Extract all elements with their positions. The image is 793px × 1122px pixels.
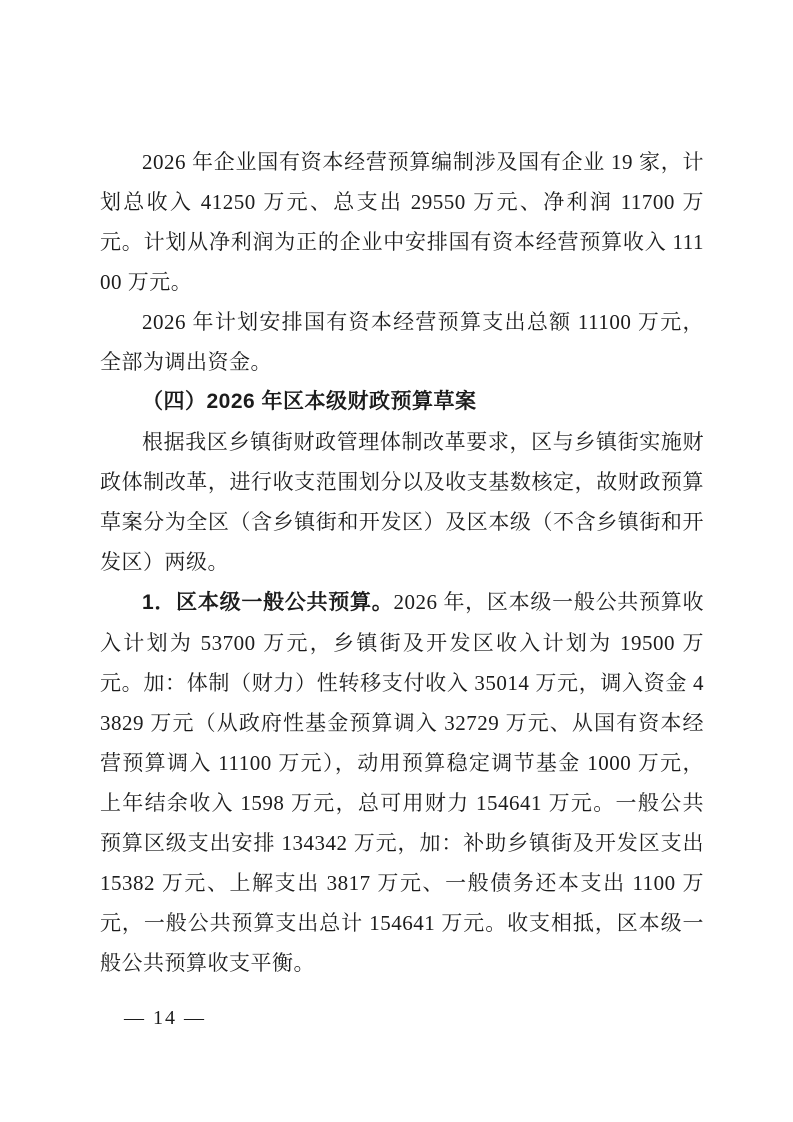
document-body: 2026 年企业国有资本经营预算编制涉及国有企业 19 家，计划总收入 4125…	[100, 142, 704, 983]
paragraph-general-public-budget: 1．区本级一般公共预算。2026 年，区本级一般公共预算收入计划为 53700 …	[100, 582, 704, 983]
document-page: 2026 年企业国有资本经营预算编制涉及国有企业 19 家，计划总收入 4125…	[0, 0, 793, 1122]
section-heading-district-budget-draft: （四）2026 年区本级财政预算草案	[100, 382, 704, 422]
paragraph-general-public-budget-text: 2026 年，区本级一般公共预算收入计划为 53700 万元，乡镇街及开发区收入…	[100, 590, 704, 975]
paragraph-soe-expenditure-total: 2026 年计划安排国有资本经营预算支出总额 11100 万元，全部为调出资金。	[100, 302, 704, 382]
paragraph-soe-budget-overview: 2026 年企业国有资本经营预算编制涉及国有企业 19 家，计划总收入 4125…	[100, 142, 704, 302]
paragraph-lead-bold-label: 1．区本级一般公共预算。	[142, 591, 393, 614]
page-number: — 14 —	[124, 1003, 206, 1033]
paragraph-fiscal-reform-basis: 根据我区乡镇街财政管理体制改革要求，区与乡镇街实施财政体制改革，进行收支范围划分…	[100, 422, 704, 582]
